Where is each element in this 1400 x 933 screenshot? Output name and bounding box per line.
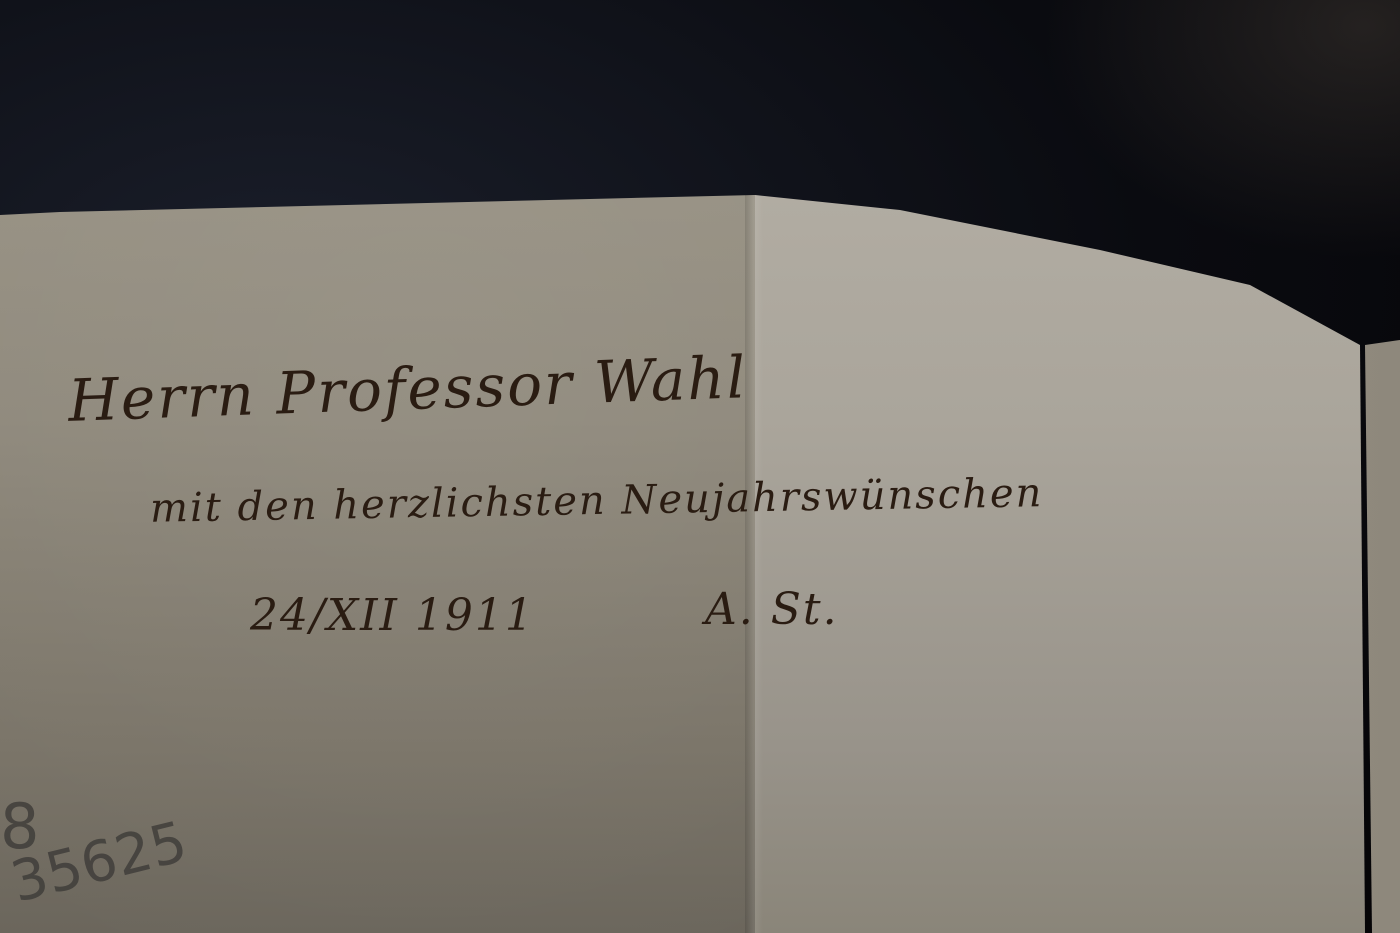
page-fold — [745, 195, 763, 933]
background-light — [1040, 0, 1400, 260]
inscription-initials: A. St. — [705, 584, 839, 635]
inscription-date: 24/XII 1911 — [250, 590, 535, 641]
